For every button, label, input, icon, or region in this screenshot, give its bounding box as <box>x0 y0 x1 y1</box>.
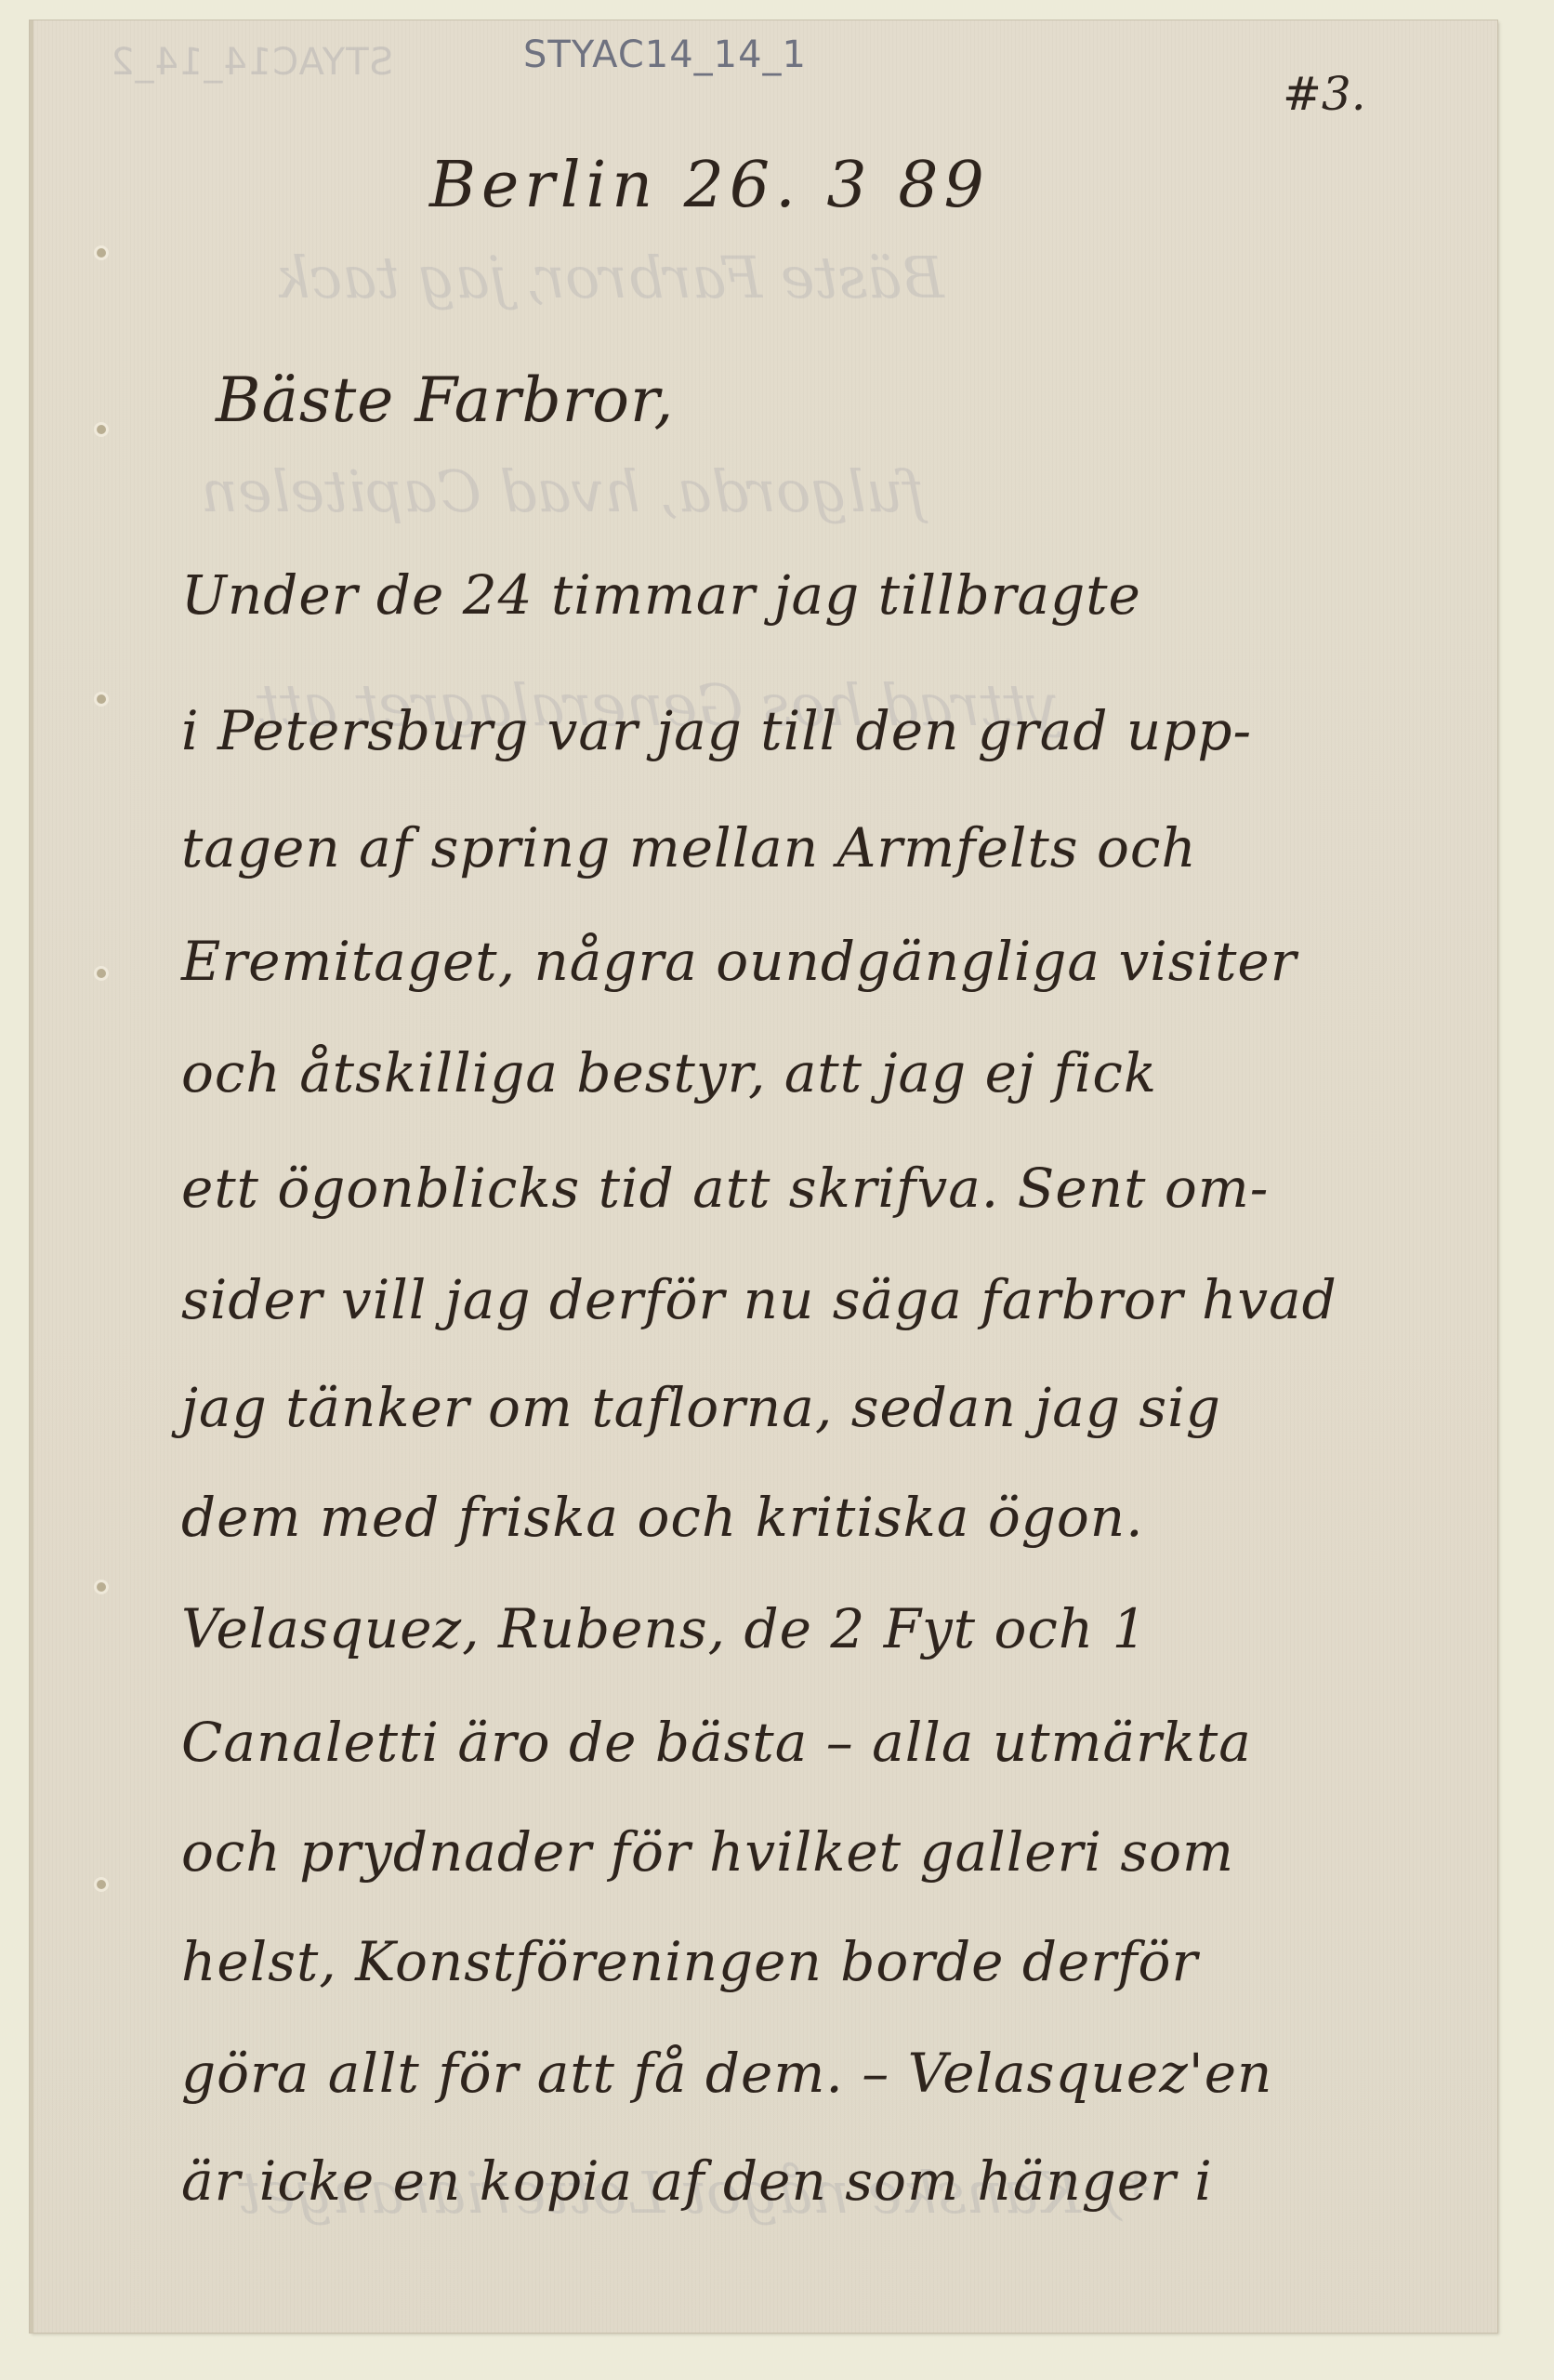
bleedthrough-text: fulgorda, hvad Capitelen <box>201 457 925 525</box>
letter-body-line: Velasquez, Rubens, de 2 Fyt och 1 <box>181 1597 1148 1660</box>
archive-label-bleedthrough: STYAC14_14_2 <box>110 41 393 84</box>
punch-hole <box>97 1880 106 1889</box>
letter-body-line: helst, Konstföreningen borde derför <box>181 1930 1198 1993</box>
punch-hole <box>97 1582 106 1592</box>
letter-body-line: är icke en kopia af den som hänger i <box>181 2149 1213 2213</box>
archive-label: STYAC14_14_1 <box>523 33 807 76</box>
page-number-mark: #3. <box>1283 67 1366 121</box>
letter-body-line: tagen af spring mellan Armfelts och <box>181 816 1197 879</box>
letter-dateline: Berlin 26. 3 89 <box>429 149 990 222</box>
punch-hole <box>97 969 106 978</box>
letter-body-line: Canaletti äro de bästa – alla utmärkta <box>181 1711 1252 1774</box>
punch-hole <box>97 425 106 434</box>
punch-hole <box>97 248 106 258</box>
letter-body-line: göra allt för att få dem. – Velasquez'en <box>181 2042 1272 2105</box>
letter-body-line: och prydnader för hvilket galleri som <box>181 1820 1234 1884</box>
bleedthrough-text: Bäste Farbror, jag tack <box>275 244 944 311</box>
letter-salutation: Bäste Farbror, <box>216 364 674 436</box>
letter-body-line: Eremitaget, några oundgängliga visiter <box>181 930 1297 993</box>
letter-body-line: i Petersburg var jag till den grad upp- <box>181 699 1252 762</box>
letter-body-line: Under de 24 timmar jag tillbragte <box>181 563 1141 627</box>
letter-body-line: och åtskilliga bestyr, att jag ej fick <box>181 1041 1157 1104</box>
letter-body-line: dem med friska och kritiska ögon. <box>181 1486 1144 1549</box>
punch-hole <box>97 694 106 704</box>
letter-body-line: sider vill jag derför nu säga farbror hv… <box>181 1268 1337 1331</box>
letter-body-line: jag tänker om taflorna, sedan jag sig <box>181 1376 1221 1439</box>
letter-body-line: ett ögonblicks tid att skrifva. Sent om- <box>181 1157 1269 1220</box>
